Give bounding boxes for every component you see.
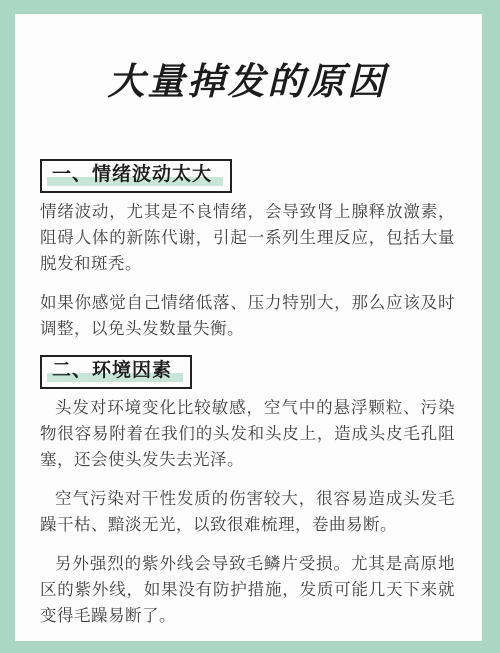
page-title: 大量掉发的原因 — [40, 60, 455, 104]
paragraph: 情绪波动，尤其是不良情绪，会导致肾上腺释放激素，阻碍人体的新陈代谢，引起一系列生… — [40, 199, 455, 277]
paragraph: 另外强烈的紫外线会导致毛鳞片受损。尤其是高原地区的紫外线，如果没有防护措施，发质… — [40, 551, 455, 629]
section-environment: 二、环境因素 头发对环境变化比较敏感，空气中的悬浮颗粒、污染物很容易附着在我们的… — [40, 355, 455, 629]
section-heading-label: 一、情绪波动太大 — [52, 164, 212, 185]
paragraph: 空气污染对干性发质的伤害较大，很容易造成头发毛躁干枯、黯淡无光，以致很难梳理，卷… — [40, 486, 455, 538]
paragraph: 头发对环境变化比较敏感，空气中的悬浮颗粒、污染物很容易附着在我们的头发和头皮上，… — [40, 395, 455, 473]
content-card: 大量掉发的原因 一、情绪波动太大 情绪波动，尤其是不良情绪，会导致肾上腺释放激素… — [15, 14, 482, 641]
section-heading-box-environment: 二、环境因素 — [40, 355, 192, 389]
section-heading-row: 二、环境因素 — [40, 355, 455, 389]
paragraph: 如果你感觉自己情绪低落、压力特别大，那么应该及时调整，以免头发数量失衡。 — [40, 290, 455, 342]
section-heading-label: 二、环境因素 — [52, 360, 172, 381]
section-emotion: 一、情绪波动太大 情绪波动，尤其是不良情绪，会导致肾上腺释放激素，阻碍人体的新陈… — [40, 159, 455, 342]
section-heading-box-emotion: 一、情绪波动太大 — [40, 159, 232, 193]
section-heading-row: 一、情绪波动太大 — [40, 159, 455, 193]
